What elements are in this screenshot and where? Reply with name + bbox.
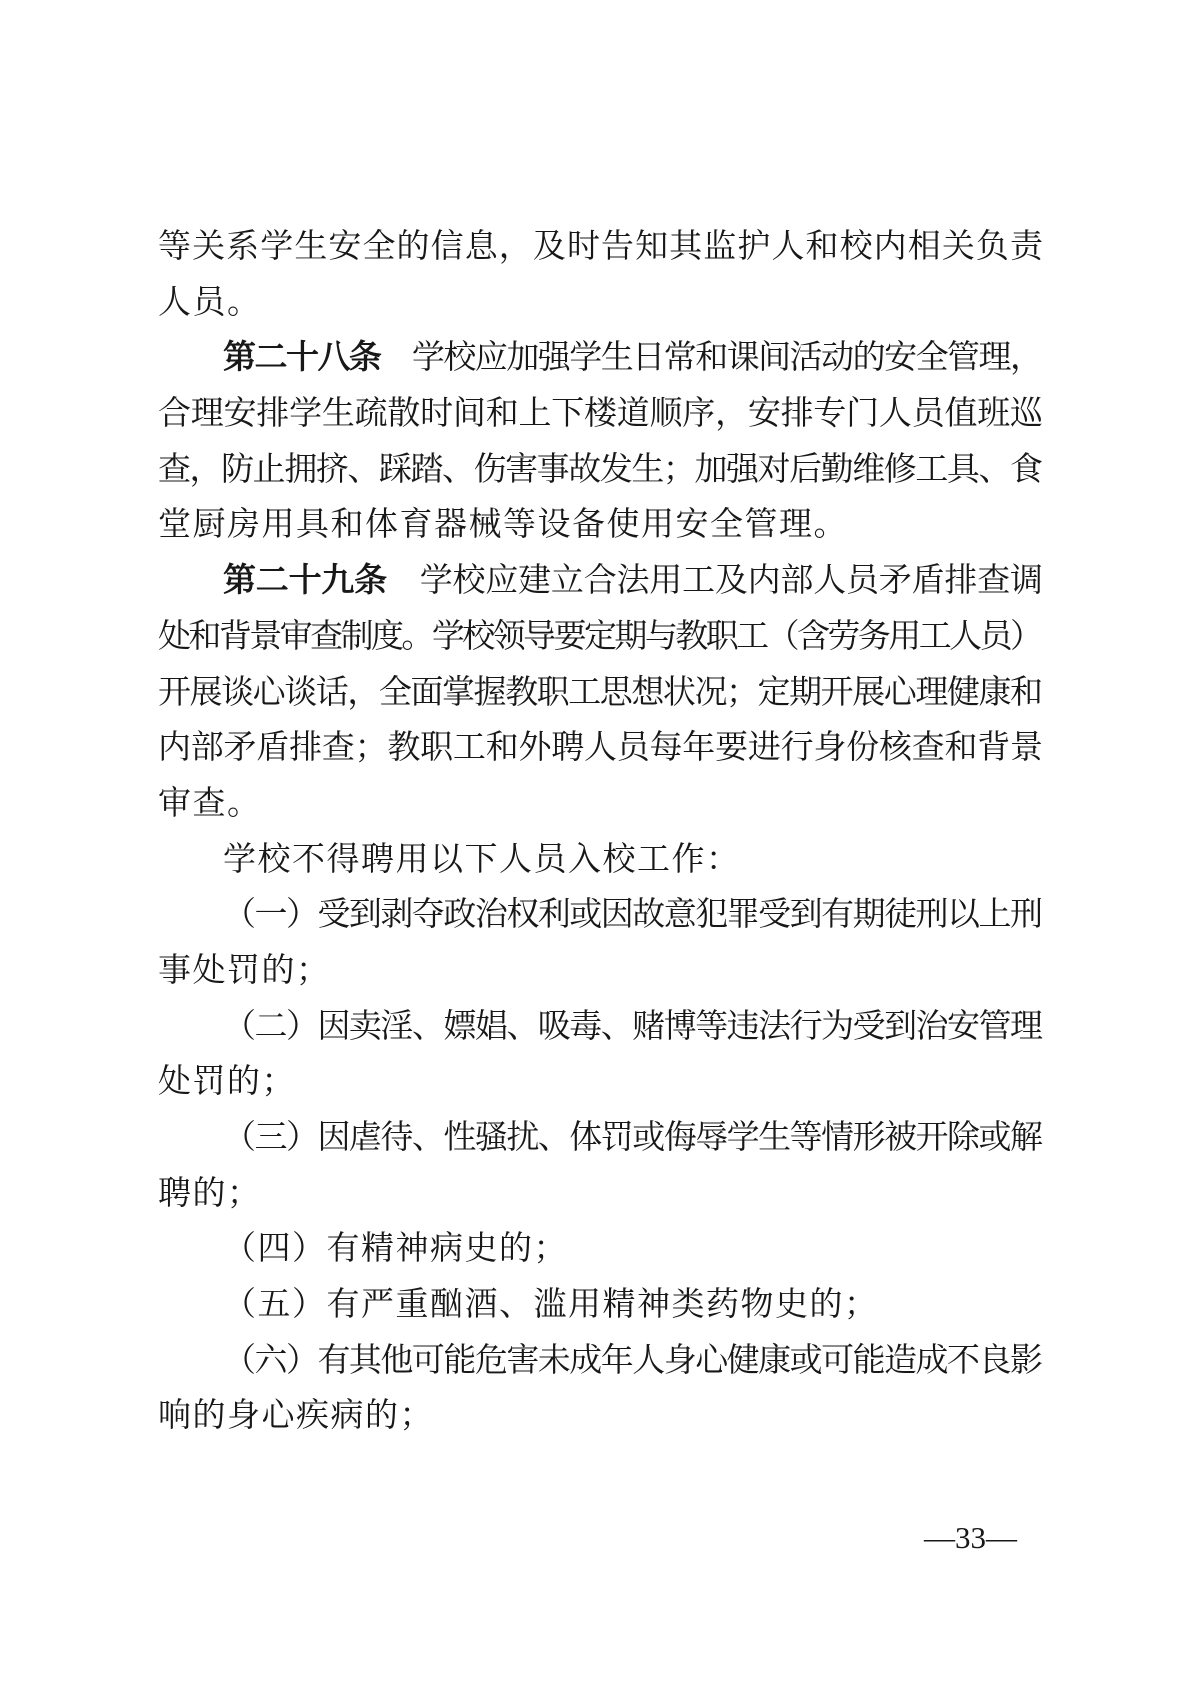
text-line-article-28: 第二十八条 学校应加强学生日常和课间活动的安全管理，: [158, 331, 1040, 387]
text-line-item-5: （五）有严重酗酒、滥用精神类药物史的；: [158, 1278, 1040, 1334]
text-line: 堂厨房用具和体育器械等设备使用安全管理。: [158, 498, 1040, 554]
text-line: 审查。: [158, 777, 1040, 833]
text-line: 开展谈心谈话，全面掌握教职工思想状况；定期开展心理健康和: [158, 666, 1040, 722]
text-line-item-6: （六）有其他可能危害未成年人身心健康或可能造成不良影: [158, 1334, 1040, 1390]
text-line: 处和背景审查制度。学校领导要定期与教职工（含劳务用工人员）: [158, 610, 1040, 666]
text-line-item-4: （四）有精神病史的；: [158, 1222, 1040, 1278]
document-text-block: 等关系学生安全的信息，及时告知其监护人和校内相关负责 人员。 第二十八条 学校应…: [158, 220, 1040, 1445]
document-page: 等关系学生安全的信息，及时告知其监护人和校内相关负责 人员。 第二十八条 学校应…: [0, 0, 1191, 1684]
text-line-item-3: （三）因虐待、性骚扰、体罚或侮辱学生等情形被开除或解: [158, 1111, 1040, 1167]
text-line: 聘的；: [158, 1167, 1040, 1223]
text-line: 查，防止拥挤、踩踏、伤害事故发生；加强对后勤维修工具、食: [158, 443, 1040, 499]
text-line-item-2: （二）因卖淫、嫖娼、吸毒、赌博等违法行为受到治安管理: [158, 1000, 1040, 1056]
text-line: 处罚的；: [158, 1055, 1040, 1111]
text-line: 内部矛盾排查；教职工和外聘人员每年要进行身份核查和背景: [158, 721, 1040, 777]
article-number: 第二十九条: [223, 563, 420, 599]
text-line: 响的身心疾病的；: [158, 1389, 1040, 1445]
page-number: —33—: [924, 1518, 1017, 1558]
text-line: 学校不得聘用以下人员入校工作：: [158, 833, 1040, 889]
text-line: 等关系学生安全的信息，及时告知其监护人和校内相关负责: [158, 220, 1040, 276]
text-line: 合理安排学生疏散时间和上下楼道顺序，安排专门人员值班巡: [158, 387, 1040, 443]
text-line-article-29: 第二十九条 学校应建立合法用工及内部人员矛盾排查调: [158, 554, 1040, 610]
text-line-item-1: （一）受到剥夺政治权利或因故意犯罪受到有期徒刑以上刑: [158, 888, 1040, 944]
text-line: 人员。: [158, 276, 1040, 332]
article-number: 第二十八条: [223, 340, 412, 376]
text-line: 事处罚的；: [158, 944, 1040, 1000]
